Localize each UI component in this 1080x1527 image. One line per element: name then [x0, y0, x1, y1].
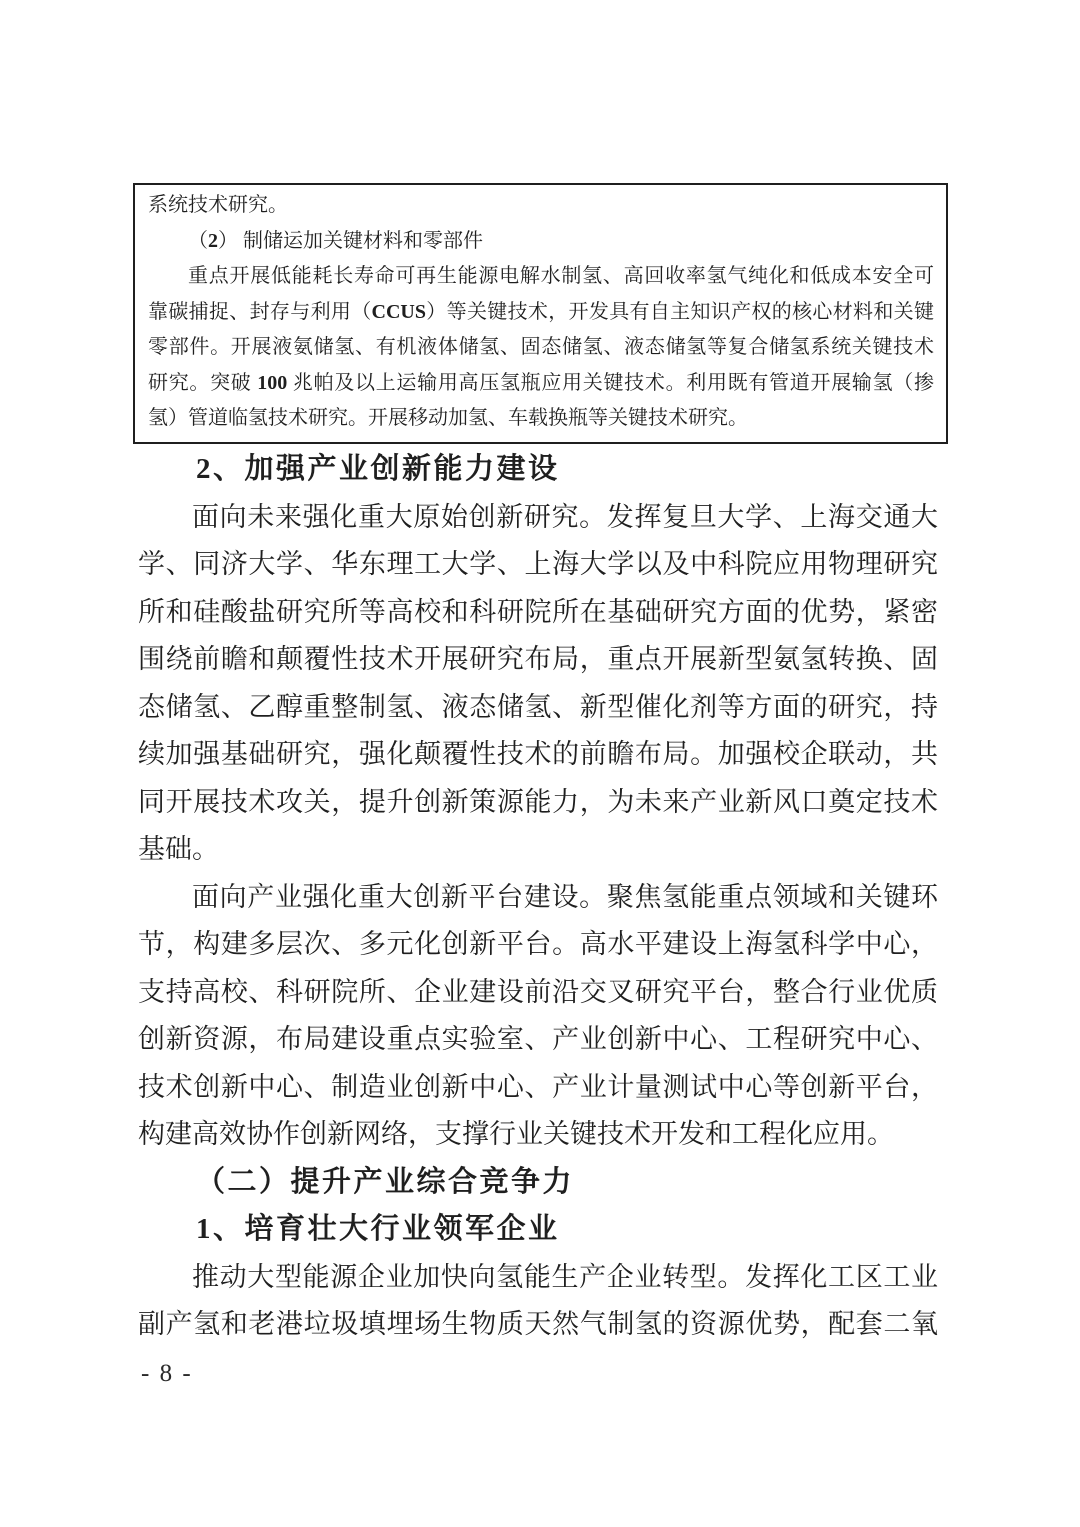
- text-segment: 零部件。开展液氨储氢、有机液体储氢、固态储氢、液态储氢等复合储氢系统关键技术: [148, 336, 934, 358]
- text-segment: 推动大型能源企业加快向氢能生产企业转型。发挥化工区工业: [192, 1262, 938, 1292]
- text-line: 研究。突破 100 兆帕及以上运输用高压氢瓶应用关键技术。利用既有管道开展输氢（…: [148, 366, 934, 402]
- text-segment: 学、同济大学、华东理工大学、上海大学以及中科院应用物理研究: [138, 549, 938, 579]
- text-segment: 系统技术研究。: [148, 194, 288, 216]
- boxed-paragraph-section: 系统技术研究。（2） 制储运加关键材料和零部件重点开展低能耗长寿命可再生能源电解…: [133, 183, 948, 444]
- heading-line: （二）提升产业综合竞争力: [138, 1159, 938, 1207]
- text-line: 重点开展低能耗长寿命可再生能源电解水制氢、高回收率氢气纯化和低成本安全可: [148, 259, 934, 295]
- text-line: （2） 制储运加关键材料和零部件: [148, 224, 934, 260]
- text-segment: 、加强产业创新能力建设: [213, 453, 560, 485]
- text-segment: 面向未来强化重大原始创新研究。发挥复旦大学、上海交通大: [192, 502, 938, 532]
- text-line: 氢）管道临氢技术研究。开展移动加氢、车载换瓶等关键技术研究。: [148, 401, 934, 437]
- text-line: 所和硅酸盐研究所等高校和科研院所在基础研究方面的优势，紧密: [138, 589, 938, 637]
- text-segment: 基础。: [138, 834, 219, 864]
- text-line: 支持高校、科研院所、企业建设前沿交叉研究平台，整合行业优质: [138, 969, 938, 1017]
- text-segment: 同开展技术攻关，提升创新策源能力，为未来产业新风口奠定技术: [138, 787, 938, 817]
- text-segment: 态储氢、乙醇重整制氢、液态储氢、新型催化剂等方面的研究，持: [138, 692, 938, 722]
- text-segment: 创新资源，布局建设重点实验室、产业创新中心、工程研究中心、: [138, 1024, 938, 1054]
- text-line: 态储氢、乙醇重整制氢、液态储氢、新型催化剂等方面的研究，持: [138, 684, 938, 732]
- text-segment: 围绕前瞻和颠覆性技术开展研究布局，重点开展新型氨氢转换、固: [138, 644, 938, 674]
- body-text-block: 2、加强产业创新能力建设面向未来强化重大原始创新研究。发挥复旦大学、上海交通大学…: [138, 446, 938, 1349]
- text-line: 面向未来强化重大原始创新研究。发挥复旦大学、上海交通大: [138, 494, 938, 542]
- heading-line: 2、加强产业创新能力建设: [138, 446, 938, 494]
- bold-text-segment: 2: [196, 453, 213, 485]
- text-segment: 氢）管道临氢技术研究。开展移动加氢、车载换瓶等关键技术研究。: [148, 407, 748, 429]
- bold-text-segment: 2: [208, 230, 218, 252]
- text-line: 同开展技术攻关，提升创新策源能力，为未来产业新风口奠定技术: [138, 779, 938, 827]
- text-segment: 构建高效协作创新网络，支撑行业关键技术开发和工程化应用。: [138, 1119, 894, 1149]
- text-segment: 靠碳捕捉、封存与利用（: [148, 301, 372, 323]
- text-line: 副产氢和老港垃圾填埋场生物质天然气制氢的资源优势，配套二氧: [138, 1301, 938, 1349]
- text-line: 续加强基础研究，强化颠覆性技术的前瞻布局。加强校企联动，共: [138, 731, 938, 779]
- text-segment: （二）提升产业综合竞争力: [196, 1166, 574, 1198]
- page-number: - 8 -: [141, 1360, 193, 1388]
- text-segment: ） 制储运加关键材料和零部件: [218, 230, 483, 252]
- text-line: 基础。: [138, 826, 938, 874]
- text-segment: ）等关键技术，开发具有自主知识产权的核心材料和关键: [426, 301, 934, 323]
- text-segment: 面向产业强化重大创新平台建设。聚焦氢能重点领域和关键环: [192, 882, 938, 912]
- text-line: 构建高效协作创新网络，支撑行业关键技术开发和工程化应用。: [138, 1111, 938, 1159]
- text-line: 围绕前瞻和颠覆性技术开展研究布局，重点开展新型氨氢转换、固: [138, 636, 938, 684]
- text-segment: 、培育壮大行业领军企业: [213, 1213, 560, 1245]
- text-segment: 兆帕及以上运输用高压氢瓶应用关键技术。利用既有管道开展输氢（掺: [287, 372, 934, 394]
- text-line: 靠碳捕捉、封存与利用（CCUS）等关键技术，开发具有自主知识产权的核心材料和关键: [148, 295, 934, 331]
- text-segment: 所和硅酸盐研究所等高校和科研院所在基础研究方面的优势，紧密: [138, 597, 938, 627]
- bold-text-segment: 1: [196, 1213, 213, 1245]
- bold-text-segment: 100: [257, 372, 287, 394]
- text-segment: 重点开展低能耗长寿命可再生能源电解水制氢、高回收率氢气纯化和低成本安全可: [188, 265, 934, 287]
- text-segment: 副产氢和老港垃圾填埋场生物质天然气制氢的资源优势，配套二氧: [138, 1309, 938, 1339]
- heading-line: 1、培育壮大行业领军企业: [138, 1206, 938, 1254]
- text-segment: （: [188, 230, 208, 252]
- text-segment: 节，构建多层次、多元化创新平台。高水平建设上海氢科学中心，: [138, 929, 938, 959]
- text-line: 学、同济大学、华东理工大学、上海大学以及中科院应用物理研究: [138, 541, 938, 589]
- document-page: 系统技术研究。（2） 制储运加关键材料和零部件重点开展低能耗长寿命可再生能源电解…: [0, 0, 1080, 1527]
- text-line: 技术创新中心、制造业创新中心、产业计量测试中心等创新平台，: [138, 1064, 938, 1112]
- text-segment: 研究。突破: [148, 372, 257, 394]
- bold-text-segment: CCUS: [372, 301, 426, 323]
- text-line: 零部件。开展液氨储氢、有机液体储氢、固态储氢、液态储氢等复合储氢系统关键技术: [148, 330, 934, 366]
- text-line: 创新资源，布局建设重点实验室、产业创新中心、工程研究中心、: [138, 1016, 938, 1064]
- text-line: 节，构建多层次、多元化创新平台。高水平建设上海氢科学中心，: [138, 921, 938, 969]
- text-line: 面向产业强化重大创新平台建设。聚焦氢能重点领域和关键环: [138, 874, 938, 922]
- text-segment: 技术创新中心、制造业创新中心、产业计量测试中心等创新平台，: [138, 1072, 938, 1102]
- text-segment: 支持高校、科研院所、企业建设前沿交叉研究平台，整合行业优质: [138, 977, 938, 1007]
- text-line: 系统技术研究。: [148, 188, 934, 224]
- text-segment: 续加强基础研究，强化颠覆性技术的前瞻布局。加强校企联动，共: [138, 739, 938, 769]
- text-line: 推动大型能源企业加快向氢能生产企业转型。发挥化工区工业: [138, 1254, 938, 1302]
